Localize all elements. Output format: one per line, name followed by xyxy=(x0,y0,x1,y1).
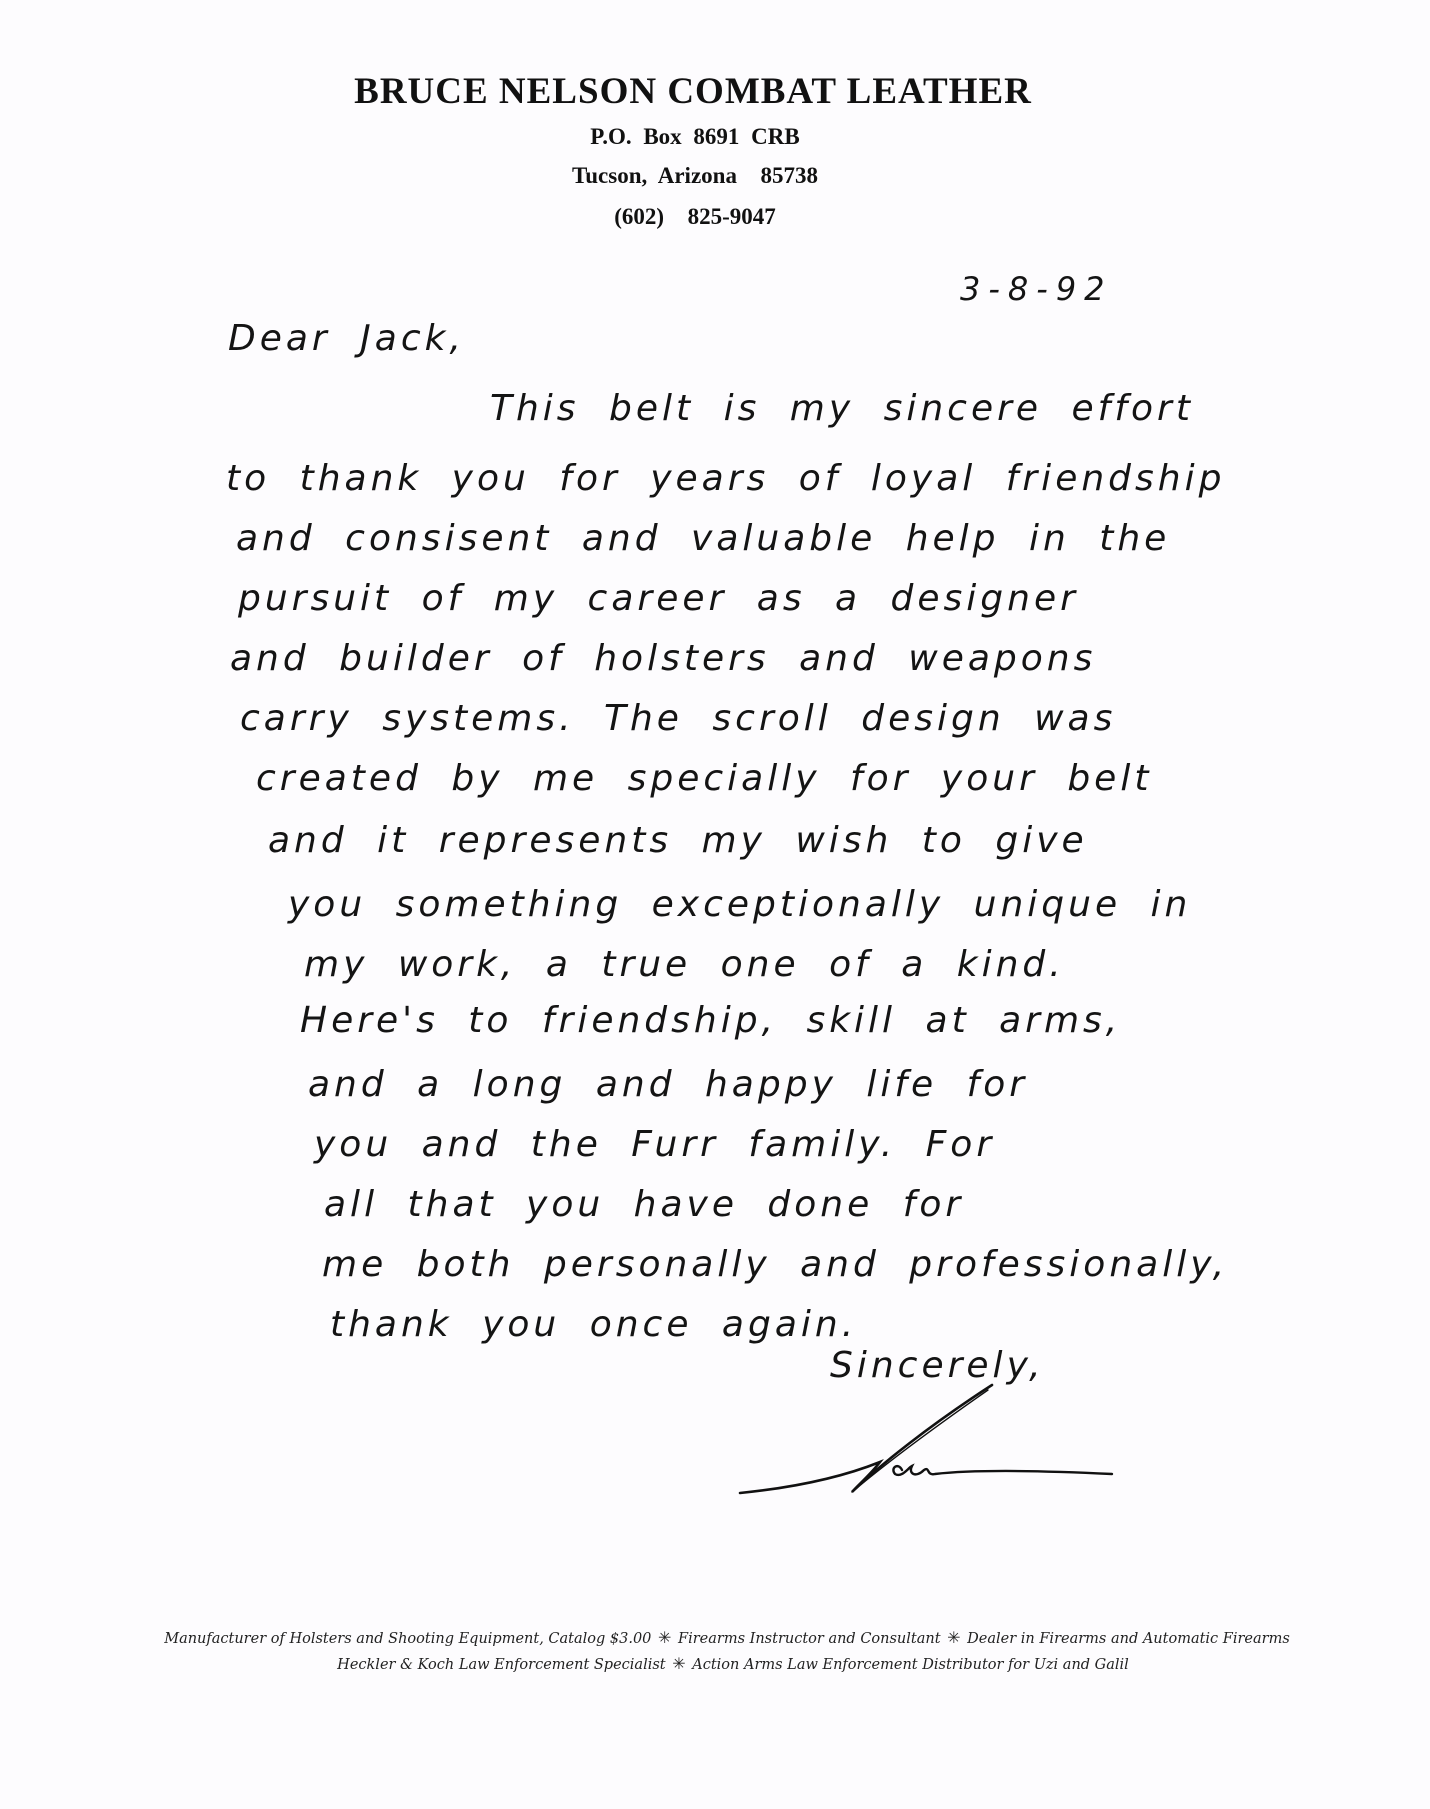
footer-item: Heckler & Koch Law Enforcement Specialis… xyxy=(337,1657,665,1673)
city-state-zip: Tucson, Arizona 85738 xyxy=(0,163,1410,189)
signature-icon xyxy=(730,1370,1130,1510)
footer-item: Manufacturer of Holsters and Shooting Eq… xyxy=(164,1631,651,1647)
salutation: Dear Jack, xyxy=(228,318,465,359)
body-line: all that you have done for xyxy=(324,1184,964,1225)
body-line: to thank you for years of loyal friendsh… xyxy=(226,458,1225,499)
body-line: me both personally and professionally, xyxy=(322,1244,1228,1285)
asterisk-icon: ✳ xyxy=(656,1628,673,1647)
po-box: P.O. Box 8691 CRB xyxy=(0,124,1410,150)
footer-item: Firearms Instructor and Consultant xyxy=(678,1631,941,1647)
body-line: and builder of holsters and weapons xyxy=(230,638,1096,679)
asterisk-icon: ✳ xyxy=(945,1628,962,1647)
body-line: and a long and happy life for xyxy=(308,1064,1028,1105)
body-line: and it represents my wish to give xyxy=(268,820,1088,861)
body-line: Here's to friendship, skill at arms, xyxy=(300,1000,1121,1041)
footer-item: Action Arms Law Enforcement Distributor … xyxy=(692,1657,1129,1673)
phone-number: (602) 825-9047 xyxy=(0,204,1410,230)
body-line: my work, a true one of a kind. xyxy=(304,944,1065,985)
body-line: and consisent and valuable help in the xyxy=(236,518,1170,559)
body-line: carry systems. The scroll design was xyxy=(240,698,1116,739)
body-line: This belt is my sincere effort xyxy=(490,388,1194,429)
company-name: BRUCE NELSON COMBAT LEATHER xyxy=(0,70,1408,113)
body-line: you something exceptionally unique in xyxy=(288,884,1191,925)
letter-date: 3-8-92 xyxy=(960,270,1113,308)
body-line: you and the Furr family. For xyxy=(314,1124,995,1165)
footer-item: Dealer in Firearms and Automatic Firearm… xyxy=(967,1631,1290,1647)
body-line: pursuit of my career as a designer xyxy=(238,578,1079,619)
body-line: thank you once again. xyxy=(330,1304,857,1345)
asterisk-icon: ✳ xyxy=(670,1654,687,1673)
body-line: created by me specially for your belt xyxy=(256,758,1152,799)
footer-services-line2: Heckler & Koch Law Enforcement Specialis… xyxy=(18,1654,1430,1673)
footer-services-line1: Manufacturer of Holsters and Shooting Eq… xyxy=(12,1628,1430,1647)
